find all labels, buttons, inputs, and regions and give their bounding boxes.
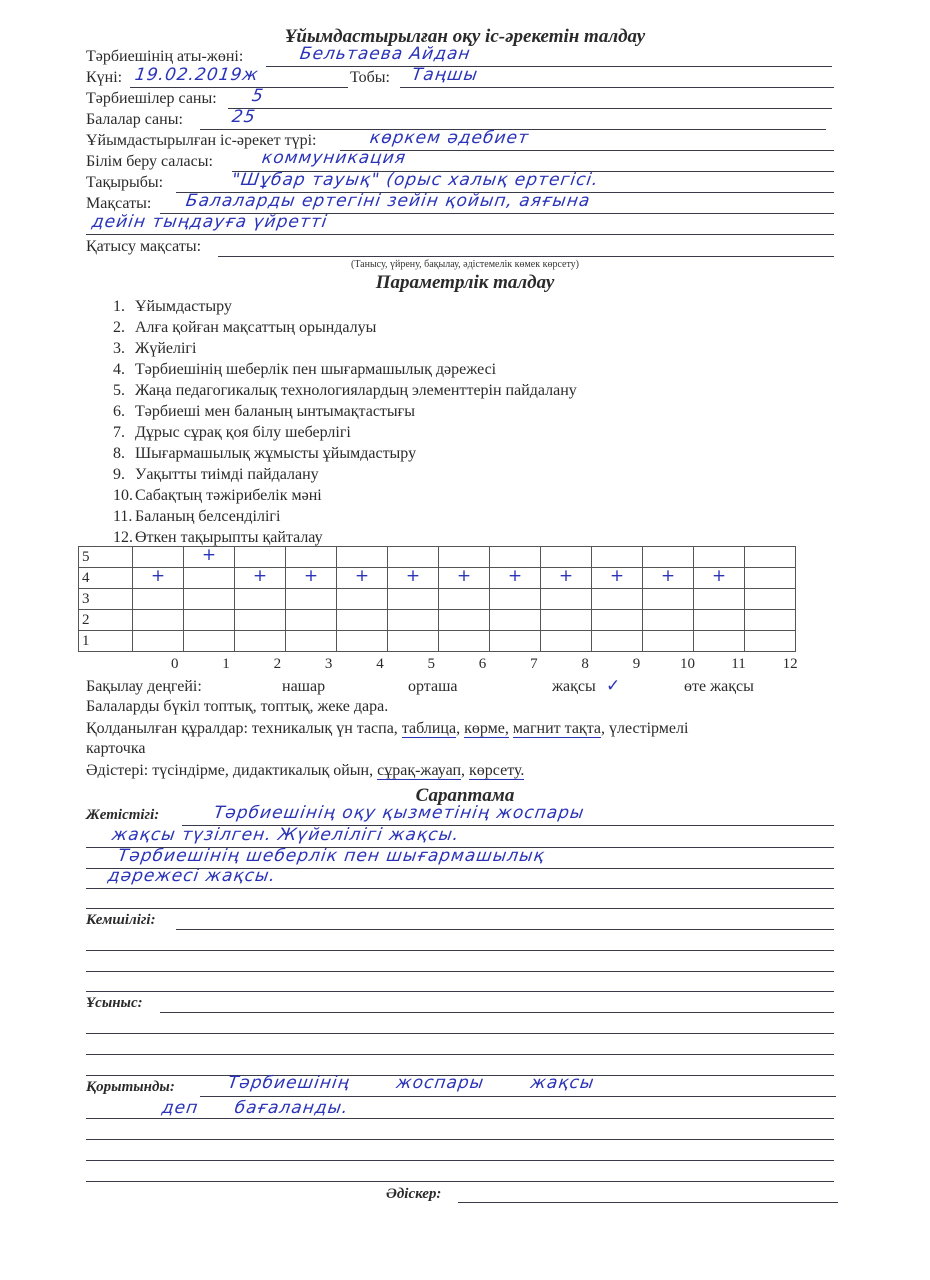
level-good[interactable]: жақсы (552, 678, 596, 696)
grid-cell[interactable] (694, 610, 745, 631)
plus-mark-icon: + (388, 566, 438, 586)
grid-row: 3 (79, 589, 796, 610)
grid-cell[interactable] (541, 589, 592, 610)
grid-cell[interactable]: + (490, 568, 541, 589)
grid-cell[interactable] (541, 631, 592, 652)
parameter-text: Сабақтың тәжірибелік мәні (135, 485, 322, 506)
x-tick-label: 4 (376, 656, 384, 673)
grid-cell[interactable]: + (337, 568, 388, 589)
grid-row: 5+ (79, 547, 796, 568)
grid-cell[interactable]: + (643, 568, 694, 589)
methods-underlined-demo: көрсету. (469, 762, 524, 780)
parameter-item: 1.Ұйымдастыру (113, 296, 577, 317)
participation-goal-note: (Танысу, үйрену, бақылау, әдістемелік кө… (0, 259, 930, 270)
achievements-text-3[interactable]: Тәрбиешінің шеберлік пен шығармашылық (117, 846, 547, 866)
grid-cell[interactable]: + (592, 568, 643, 589)
grid-cell[interactable]: + (184, 547, 235, 568)
parameters-heading: Параметрлік талдау (0, 272, 930, 294)
parameter-number: 9. (113, 464, 135, 485)
grid-cell[interactable] (133, 610, 184, 631)
goal-value-line-2[interactable]: дейін тыңдауға үйретті (91, 212, 329, 232)
parameter-item: 11.Баланың белсенділігі (113, 506, 577, 527)
grid-cell[interactable] (286, 547, 337, 568)
x-tick-label: 0 (171, 656, 179, 673)
x-tick-label: 2 (274, 656, 282, 673)
grid-row-label: 2 (79, 610, 133, 631)
grid-row: 2 (79, 610, 796, 631)
grid-cell[interactable] (133, 589, 184, 610)
score-grid: 5+4+++++++++++321 (78, 546, 796, 652)
grid-cell[interactable] (337, 631, 388, 652)
level-excellent[interactable]: өте жақсы (684, 678, 754, 696)
methods-prefix: Әдістері: түсіндірме, дидактикалық ойын, (86, 762, 377, 779)
grid-cell[interactable] (388, 589, 439, 610)
assessment-label: Бақылау деңгейі: (86, 678, 202, 696)
x-tick-label: 12 (783, 656, 798, 673)
plus-mark-icon: + (286, 566, 336, 586)
plus-mark-icon: + (337, 566, 387, 586)
parameter-number: 10. (113, 485, 135, 506)
suggestion-line-1 (160, 1012, 834, 1013)
suggestion-line-3 (86, 1054, 834, 1055)
plus-mark-icon: + (184, 545, 234, 565)
parameter-number: 3. (113, 338, 135, 359)
activity-type-line (340, 150, 834, 151)
plus-mark-icon: + (592, 566, 642, 586)
achievements-text-2[interactable]: жақсы түзілген. Жүйелілігі жақсы. (111, 825, 461, 845)
grid-cell[interactable] (133, 631, 184, 652)
parameter-item: 4.Тәрбиешінің шеберлік пен шығармашылық … (113, 359, 577, 380)
achievements-line-5 (86, 908, 834, 909)
date-label: Күні: (86, 69, 122, 87)
conclusion-label: Қорытынды: (86, 1079, 175, 1096)
grid-cell[interactable] (286, 589, 337, 610)
methods-sep: , (461, 762, 469, 779)
date-line (130, 87, 348, 88)
goal-value-line-1[interactable]: Балаларды ертегіні зейін қойып, аяғына (185, 191, 592, 211)
date-value[interactable]: 19.02.2019ж (134, 65, 260, 85)
grid-cell[interactable] (745, 610, 796, 631)
grid-cell[interactable] (184, 610, 235, 631)
shortcomings-label: Кемшілігі: (86, 912, 156, 929)
grid-cell[interactable] (490, 547, 541, 568)
grid-cell[interactable] (184, 568, 235, 589)
plus-mark-icon: + (133, 566, 183, 586)
achievements-line-4 (86, 888, 834, 889)
goal-label: Мақсаты: (86, 195, 151, 213)
grid-cell[interactable] (745, 568, 796, 589)
children-count-value[interactable]: 25 (231, 107, 257, 127)
grid-cell[interactable] (592, 631, 643, 652)
grid-cell[interactable] (694, 589, 745, 610)
methods-underlined-qa: сұрақ-жауап (377, 762, 461, 780)
conclusion-line-1 (200, 1096, 836, 1097)
suggestion-line-2 (86, 1033, 834, 1034)
parameter-number: 1. (113, 296, 135, 317)
conclusion-text-2[interactable]: деп бағаланды. (161, 1098, 350, 1118)
grid-cell[interactable] (592, 589, 643, 610)
group-value[interactable]: Таңшы (411, 65, 480, 85)
grid-cell[interactable] (388, 547, 439, 568)
parameter-text: Баланың белсенділігі (135, 506, 280, 527)
grid-cell[interactable] (184, 631, 235, 652)
grid-row: 1 (79, 631, 796, 652)
participation-goal-label: Қатысу мақсаты: (86, 238, 201, 256)
parameter-number: 11. (113, 506, 135, 527)
grid-row-label: 4 (79, 568, 133, 589)
grid-cell[interactable] (337, 547, 388, 568)
goal-line-2 (86, 234, 834, 235)
parameter-text: Алға қойған мақсаттың орындалуы (135, 317, 376, 338)
teacher-name-line (266, 66, 832, 67)
grid-cell[interactable] (643, 610, 694, 631)
parameter-item: 2.Алға қойған мақсаттың орындалуы (113, 317, 577, 338)
grid-cell[interactable] (745, 589, 796, 610)
tools-text-line-2: карточка (86, 740, 145, 758)
organization-text: Балаларды бүкіл топтық, топтық, жеке дар… (86, 698, 388, 716)
grid-cell[interactable]: + (541, 568, 592, 589)
grid-cell[interactable]: + (439, 568, 490, 589)
grid-cell[interactable] (235, 610, 286, 631)
conclusion-line-3 (86, 1139, 834, 1140)
parameter-text: Жаңа педагогикалық технологиялардың элем… (135, 380, 577, 401)
teachers-count-label: Тәрбиешілер саны: (86, 90, 217, 108)
plus-mark-icon: + (541, 566, 591, 586)
education-area-value[interactable]: коммуникация (261, 148, 408, 168)
achievements-label: Жетістігі: (86, 807, 159, 824)
suggestion-label: Ұсыныс: (86, 995, 143, 1012)
parameter-number: 6. (113, 401, 135, 422)
teachers-count-line (228, 108, 832, 109)
parameter-text: Шығармашылық жұмысты ұйымдастыру (135, 443, 416, 464)
parameter-number: 7. (113, 422, 135, 443)
grid-cell[interactable] (286, 631, 337, 652)
grid-row: 4+++++++++++ (79, 568, 796, 589)
grid-cell[interactable] (643, 631, 694, 652)
tools-prefix: Қолданылған құралдар: техникалық үн тасп… (86, 720, 402, 737)
grid-cell[interactable] (541, 610, 592, 631)
teachers-count-value[interactable]: 5 (251, 86, 266, 106)
topic-label: Тақырыбы: (86, 174, 163, 192)
group-line (400, 87, 834, 88)
grid-cell[interactable] (490, 631, 541, 652)
parameter-item: 6.Тәрбиеші мен баланың ынтымақтастығы (113, 401, 577, 422)
parameter-item: 5.Жаңа педагогикалық технологиялардың эл… (113, 380, 577, 401)
grid-cell[interactable] (388, 610, 439, 631)
conclusion-text-1[interactable]: Тәрбиешінің жоспары жақсы (227, 1073, 596, 1093)
tools-text: Қолданылған құралдар: техникалық үн тасп… (86, 720, 688, 738)
grid-cell[interactable] (439, 631, 490, 652)
parameter-item: 3.Жүйелігі (113, 338, 577, 359)
parameter-item: 12.Өткен тақырыпты қайталау (113, 527, 577, 548)
grid-cell[interactable] (439, 589, 490, 610)
parameter-item: 8.Шығармашылық жұмысты ұйымдастыру (113, 443, 577, 464)
grid-cell[interactable] (694, 631, 745, 652)
plus-mark-icon: + (643, 566, 693, 586)
parameter-number: 2. (113, 317, 135, 338)
grid-cell[interactable] (133, 547, 184, 568)
grid-cell[interactable] (541, 547, 592, 568)
grid-cell[interactable] (337, 589, 388, 610)
activity-type-value[interactable]: көркем әдебиет (369, 128, 531, 148)
plus-mark-icon: + (490, 566, 540, 586)
parameter-text: Тәрбиеші мен баланың ынтымақтастығы (135, 401, 415, 422)
x-tick-label: 5 (428, 656, 436, 673)
grid-cell[interactable]: + (235, 568, 286, 589)
x-tick-label: 9 (633, 656, 641, 673)
grid-cell[interactable]: + (694, 568, 745, 589)
grid-cell[interactable] (745, 547, 796, 568)
grid-cell[interactable] (592, 547, 643, 568)
plus-mark-icon: + (694, 566, 744, 586)
tools-underlined-exhibit: көрме, (464, 720, 509, 738)
shortcomings-line-1 (176, 929, 834, 930)
grid-cell[interactable]: + (388, 568, 439, 589)
parameter-text: Дұрыс сұрақ қоя білу шеберлігі (135, 422, 351, 443)
x-tick-label: 8 (581, 656, 589, 673)
plus-mark-icon: + (235, 566, 285, 586)
parameter-number: 12. (113, 527, 135, 548)
x-tick-label: 7 (530, 656, 538, 673)
education-area-label: Білім беру саласы: (86, 153, 213, 171)
grid-row-label: 1 (79, 631, 133, 652)
conclusion-line-2 (86, 1118, 834, 1119)
shortcomings-line-2 (86, 950, 834, 951)
conclusion-line-5 (86, 1181, 834, 1182)
grid-cell[interactable] (694, 547, 745, 568)
grid-cell[interactable] (286, 610, 337, 631)
grid-cell[interactable] (643, 589, 694, 610)
tools-sep-1: , (456, 720, 464, 737)
grid-row-label: 3 (79, 589, 133, 610)
grid-cell[interactable] (439, 547, 490, 568)
grid-cell[interactable] (388, 631, 439, 652)
parameter-text: Ұйымдастыру (135, 296, 232, 317)
parameter-item: 9.Уақытты тиімді пайдалану (113, 464, 577, 485)
grid-cell[interactable] (490, 589, 541, 610)
grid-cell[interactable]: + (133, 568, 184, 589)
topic-value[interactable]: "Шұбар тауық" (орыс халық ертегісі. (231, 170, 600, 190)
x-tick-label: 10 (680, 656, 695, 673)
parameter-item: 10.Сабақтың тәжірибелік мәні (113, 485, 577, 506)
level-average[interactable]: орташа (408, 678, 458, 696)
grid-cell[interactable] (490, 610, 541, 631)
teacher-name-label: Тәрбиешінің аты-жөні: (86, 48, 243, 66)
parameter-number: 8. (113, 443, 135, 464)
tools-underlined-table: таблица (402, 720, 456, 738)
grid-row-label: 5 (79, 547, 133, 568)
grid-cell[interactable] (235, 547, 286, 568)
grid-cell[interactable] (643, 547, 694, 568)
grid-cell[interactable] (592, 610, 643, 631)
parameter-text: Уақытты тиімді пайдалану (135, 464, 319, 485)
methods-text: Әдістері: түсіндірме, дидактикалық ойын,… (86, 762, 524, 780)
conclusion-line-4 (86, 1160, 834, 1161)
parameter-number: 5. (113, 380, 135, 401)
participation-goal-line (218, 256, 834, 257)
level-poor[interactable]: нашар (282, 678, 325, 696)
children-count-label: Балалар саны: (86, 111, 183, 129)
group-label: Тобы: (350, 69, 390, 87)
achievements-text-1[interactable]: Тәрбиешінің оқу қызметінің жоспары (213, 803, 586, 823)
parameter-number: 4. (113, 359, 135, 380)
shortcomings-line-4 (86, 991, 834, 992)
methodist-signature-line[interactable] (458, 1202, 838, 1203)
grid-cell[interactable] (235, 589, 286, 610)
achievements-text-4[interactable]: дәрежесі жақсы. (107, 866, 278, 886)
x-tick-label: 3 (325, 656, 333, 673)
grid-cell[interactable] (745, 631, 796, 652)
parameter-text: Жүйелігі (135, 338, 196, 359)
grid-cell[interactable]: + (286, 568, 337, 589)
tools-suffix: , үлестірмелі (601, 720, 688, 737)
shortcomings-line-3 (86, 971, 834, 972)
x-tick-label: 6 (479, 656, 487, 673)
x-tick-label: 11 (731, 656, 745, 673)
grid-cell[interactable] (235, 631, 286, 652)
plus-mark-icon: + (439, 566, 489, 586)
check-mark-icon: ✓ (606, 676, 620, 696)
teacher-name-value[interactable]: Бельтаева Айдан (299, 44, 472, 64)
tools-underlined-magnet-board: магнит тақта (513, 720, 601, 738)
grid-cell[interactable] (184, 589, 235, 610)
parameters-list: 1.Ұйымдастыру2.Алға қойған мақсаттың оры… (113, 296, 577, 548)
parameter-item: 7.Дұрыс сұрақ қоя білу шеберлігі (113, 422, 577, 443)
x-tick-label: 1 (222, 656, 230, 673)
grid-cell[interactable] (439, 610, 490, 631)
methodist-label: Әдіскер: (386, 1186, 441, 1203)
grid-cell[interactable] (337, 610, 388, 631)
parameter-text: Тәрбиешінің шеберлік пен шығармашылық дә… (135, 359, 496, 380)
